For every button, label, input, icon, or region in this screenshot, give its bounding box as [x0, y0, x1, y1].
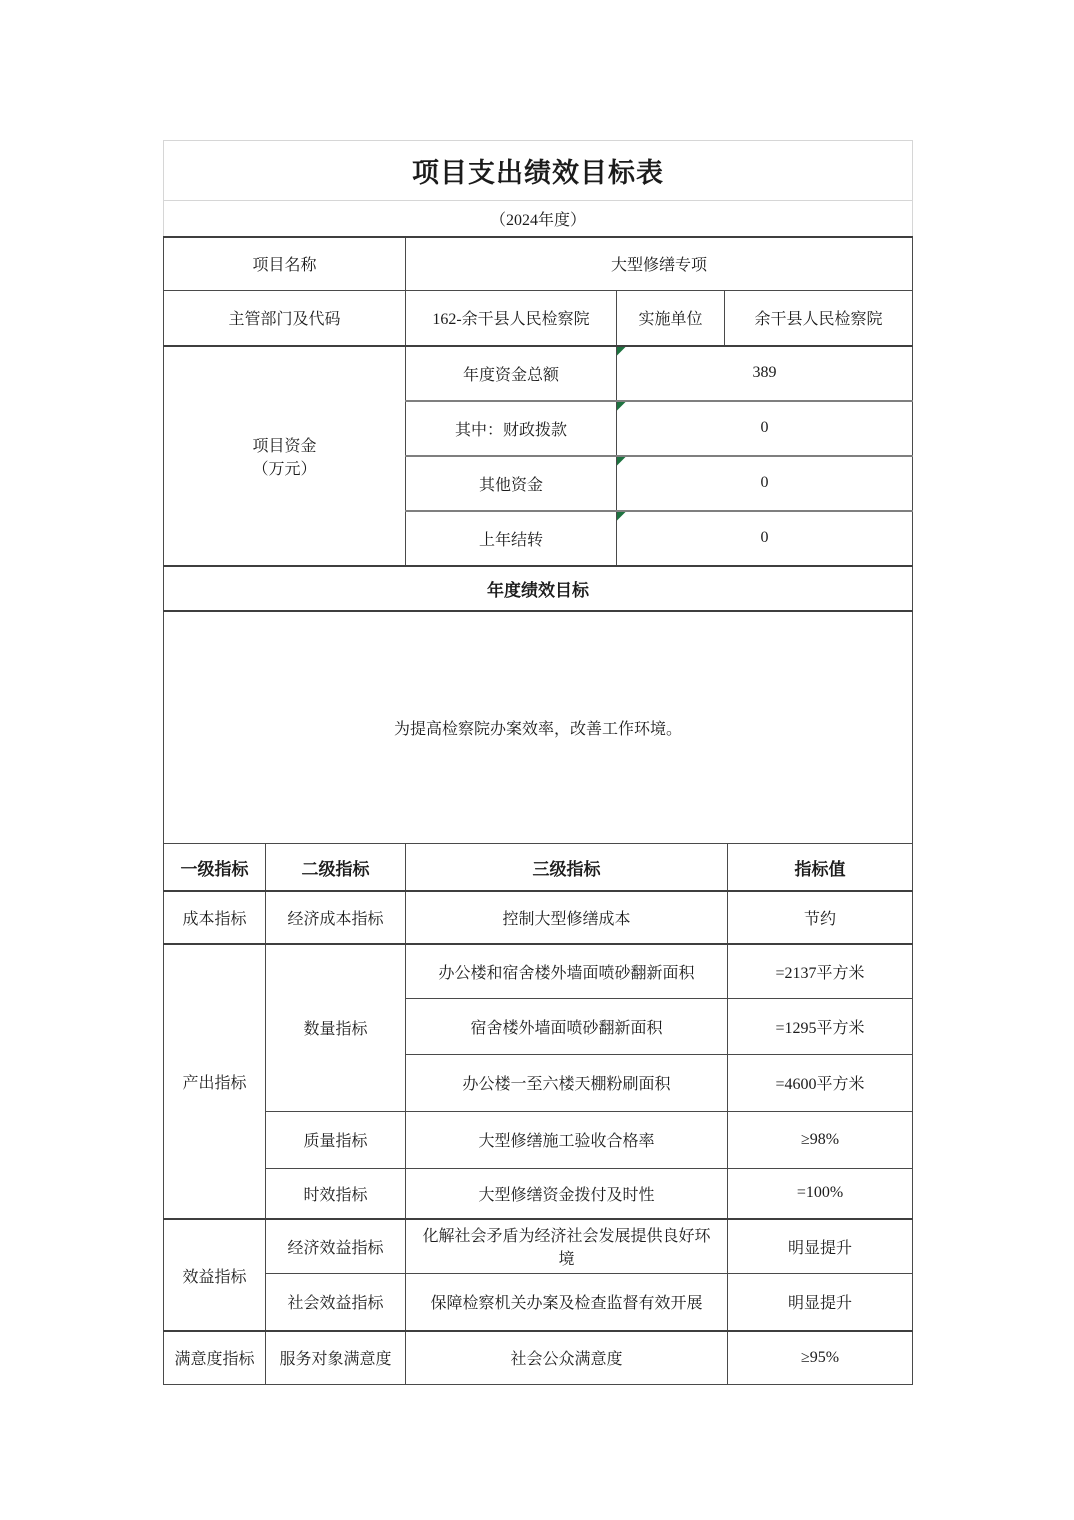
document-subtitle: （2024年度）	[164, 201, 913, 237]
indicator-l3-supervision: 保障检察机关办案及检查监督有效开展	[406, 1273, 728, 1331]
indicator-l3-control-cost: 控制大型修缮成本	[406, 891, 728, 944]
impl-unit-label: 实施单位	[617, 291, 725, 346]
cell-corner-marker-icon	[617, 512, 626, 521]
indicator-value-cost: 节约	[728, 891, 913, 944]
impl-unit-value: 余干县人民检察院	[725, 291, 913, 346]
indicator-value-facade-office-dorm: =2137平方米	[728, 944, 913, 998]
indicator-l3-public-satisfaction: 社会公众满意度	[406, 1331, 728, 1384]
funds-total-label: 年度资金总额	[406, 346, 617, 401]
indicator-value-public-satisfaction: ≥95%	[728, 1331, 913, 1384]
indicator-l3-ceiling-paint: 办公楼一至六楼天棚粉刷面积	[406, 1054, 728, 1111]
indicator-value-acceptance-rate: ≥98%	[728, 1111, 913, 1168]
indicator-l2-quality: 质量指标	[266, 1111, 406, 1168]
indicator-l1-cost: 成本指标	[164, 891, 266, 944]
table-row: 时效指标 大型修缮资金拨付及时性 =100%	[164, 1168, 913, 1219]
indicator-value-fund-timeliness: =100%	[728, 1168, 913, 1219]
indicator-value-supervision: 明显提升	[728, 1273, 913, 1331]
annual-goal-header: 年度绩效目标	[164, 566, 913, 611]
indicator-l2-economic-cost: 经济成本指标	[266, 891, 406, 944]
indicator-l1-benefit: 效益指标	[164, 1219, 266, 1331]
table-row: 成本指标 经济成本指标 控制大型修缮成本 节约	[164, 891, 913, 944]
project-info-table: 项目支出绩效目标表 （2024年度） 项目名称 大型修缮专项 主管部门及代码 1…	[163, 140, 913, 844]
cell-corner-marker-icon	[617, 402, 626, 411]
table-row: 社会效益指标 保障检察机关办案及检查监督有效开展 明显提升	[164, 1273, 913, 1331]
indicator-l2-social-benefit: 社会效益指标	[266, 1273, 406, 1331]
indicator-l2-quantity: 数量指标	[266, 944, 406, 1111]
indicator-l3-facade-dorm: 宿舍楼外墙面喷砂翻新面积	[406, 998, 728, 1054]
indicator-l3-facade-office-dorm: 办公楼和宿舍楼外墙面喷砂翻新面积	[406, 944, 728, 998]
indicator-l2-economic-benefit: 经济效益指标	[266, 1219, 406, 1273]
project-name-value: 大型修缮专项	[406, 237, 913, 291]
indicator-value-social-env: 明显提升	[728, 1219, 913, 1273]
table-row: 质量指标 大型修缮施工验收合格率 ≥98%	[164, 1111, 913, 1168]
indicators-table: 一级指标 二级指标 三级指标 指标值 成本指标 经济成本指标 控制大型修缮成本 …	[163, 844, 913, 1385]
table-row: 效益指标 经济效益指标 化解社会矛盾为经济社会发展提供良好环境 明显提升	[164, 1219, 913, 1273]
indicator-l3-fund-timeliness: 大型修缮资金拨付及时性	[406, 1168, 728, 1219]
indicator-l1-output: 产出指标	[164, 944, 266, 1219]
table-row: 产出指标 数量指标 办公楼和宿舍楼外墙面喷砂翻新面积 =2137平方米	[164, 944, 913, 998]
table-row: 满意度指标 服务对象满意度 社会公众满意度 ≥95%	[164, 1331, 913, 1384]
project-name-label: 项目名称	[164, 237, 406, 291]
funds-other-label: 其他资金	[406, 456, 617, 511]
funds-fiscal-value-text: 0	[761, 419, 769, 436]
funds-carryover-label: 上年结转	[406, 511, 617, 566]
funds-fiscal-label: 其中：财政拨款	[406, 401, 617, 456]
funds-carryover-value-text: 0	[761, 529, 769, 546]
dept-code-value: 162-余干县人民检察院	[406, 291, 617, 346]
document-title: 项目支出绩效目标表	[164, 141, 913, 201]
indicator-header-value: 指标值	[728, 844, 913, 891]
annual-goal-text: 为提高检察院办案效率，改善工作环境。	[164, 611, 913, 844]
cell-corner-marker-icon	[617, 347, 626, 356]
indicator-header-level1: 一级指标	[164, 844, 266, 891]
cell-corner-marker-icon	[617, 457, 626, 466]
dept-code-label: 主管部门及代码	[164, 291, 406, 346]
indicator-header-level3: 三级指标	[406, 844, 728, 891]
indicator-header-level2: 二级指标	[266, 844, 406, 891]
indicator-value-ceiling-paint: =4600平方米	[728, 1054, 913, 1111]
indicator-l3-acceptance-rate: 大型修缮施工验收合格率	[406, 1111, 728, 1168]
performance-target-sheet: 项目支出绩效目标表 （2024年度） 项目名称 大型修缮专项 主管部门及代码 1…	[163, 140, 912, 1385]
funds-fiscal-value: 0	[617, 401, 913, 456]
funds-total-value-text: 389	[753, 364, 777, 381]
indicator-l1-satisfaction: 满意度指标	[164, 1331, 266, 1384]
funds-carryover-value: 0	[617, 511, 913, 566]
indicator-l2-timeliness: 时效指标	[266, 1168, 406, 1219]
funds-other-value-text: 0	[761, 474, 769, 491]
indicator-l2-service-satisfaction: 服务对象满意度	[266, 1331, 406, 1384]
indicator-value-facade-dorm: =1295平方米	[728, 998, 913, 1054]
funds-group-label: 项目资金 （万元）	[164, 346, 406, 566]
indicator-l3-social-env: 化解社会矛盾为经济社会发展提供良好环境	[406, 1219, 728, 1273]
funds-total-value: 389	[617, 346, 913, 401]
funds-other-value: 0	[617, 456, 913, 511]
